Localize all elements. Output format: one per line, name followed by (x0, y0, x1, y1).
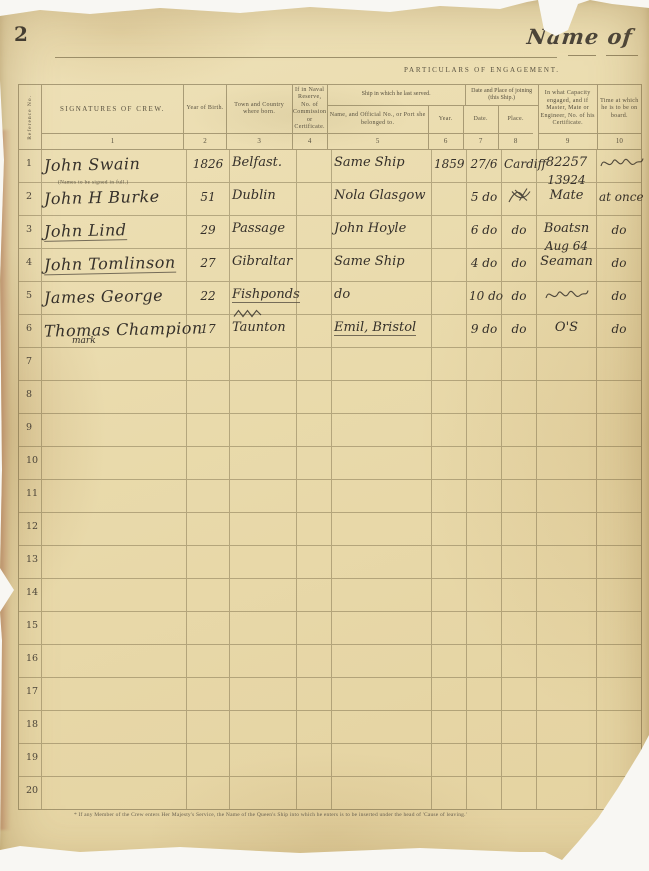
cell-town (229, 777, 296, 809)
cell-place (501, 447, 536, 479)
cell-town (229, 645, 296, 677)
cell-birth (186, 711, 229, 743)
cell-date: 5 do (466, 183, 501, 215)
cell-date (466, 381, 501, 413)
cell-cap (536, 645, 596, 677)
cell-date (466, 348, 501, 380)
cell-cap: Mate (536, 183, 596, 215)
cell-cap (536, 381, 596, 413)
cell-onboard: do (596, 315, 641, 347)
cell-town (229, 447, 296, 479)
cell-year (431, 546, 466, 578)
cell-town (229, 579, 296, 611)
cell-cap (536, 480, 596, 512)
column-number: 1 (42, 133, 184, 149)
cell-year: 1859 (431, 150, 466, 182)
cell-year (431, 381, 466, 413)
cell-onboard (596, 579, 641, 611)
handwritten-date: 6 do (471, 223, 497, 237)
column-number: 7 (464, 133, 498, 149)
cell-year (431, 315, 466, 347)
cell-cap: 8225713924 (536, 150, 596, 182)
cell-birth (186, 645, 229, 677)
handwritten-cap: Mate (550, 188, 584, 203)
cell-date (466, 777, 501, 809)
handwritten-ship: Same Ship (334, 155, 405, 170)
cell-no: 3 (19, 216, 41, 248)
table-header: Reference No. SIGNATURES OF CREW. 1 Year… (19, 85, 641, 150)
table-row: 9 (19, 414, 641, 447)
cell-town (229, 711, 296, 743)
ruled-dash (606, 55, 638, 56)
cell-town: Belfast. (229, 150, 296, 182)
place-column-header: Place. 8 (498, 106, 533, 149)
table-row: 10 (19, 447, 641, 480)
cell-place (501, 678, 536, 710)
cell-rnr (296, 249, 331, 281)
cell-rnr (296, 711, 331, 743)
cell-cap (536, 447, 596, 479)
cell-ship (331, 480, 431, 512)
cell-date (466, 546, 501, 578)
cell-name (41, 381, 186, 413)
cell-cap (536, 744, 596, 776)
cell-rnr (296, 645, 331, 677)
cell-birth (186, 612, 229, 644)
cell-place (501, 183, 536, 215)
cell-ship (331, 612, 431, 644)
cell-rnr (296, 513, 331, 545)
cell-year (431, 216, 466, 248)
cell-no: 13 (19, 546, 41, 578)
last-ship-group-label: Ship in which he last served. (328, 85, 465, 105)
cell-name (41, 513, 186, 545)
cell-no: 10 (19, 447, 41, 479)
cell-year (431, 447, 466, 479)
cell-rnr (296, 381, 331, 413)
cell-town (229, 414, 296, 446)
column-number: 9 (539, 133, 597, 149)
cell-name (41, 414, 186, 446)
cell-birth: 22 (186, 282, 229, 314)
year-label: Year. (429, 106, 463, 133)
cell-onboard (596, 414, 641, 446)
cell-name (41, 546, 186, 578)
handwritten-name: John Lind (44, 220, 127, 242)
cell-rnr (296, 777, 331, 809)
cell-town: Taunton (229, 315, 296, 347)
cell-ship (331, 414, 431, 446)
cell-onboard (596, 480, 641, 512)
cell-place (501, 711, 536, 743)
cell-ship (331, 777, 431, 809)
handwritten-cap: Seaman (540, 254, 593, 269)
cell-town: Gibraltar (229, 249, 296, 281)
cell-town (229, 348, 296, 380)
cell-town (229, 546, 296, 578)
ship-name-label: Name, and Official No., or Port she belo… (328, 106, 428, 133)
on-board-label: Time at which he is to be on board. (598, 85, 641, 133)
cell-no: 14 (19, 579, 41, 611)
page-title-script: Name of (526, 24, 634, 49)
signatures-label: SIGNATURES OF CREW. (42, 85, 184, 133)
cell-no: 16 (19, 645, 41, 677)
cell-ship (331, 546, 431, 578)
cell-year (431, 579, 466, 611)
cell-place (501, 414, 536, 446)
handwritten-birth: 1826 (193, 157, 224, 171)
cell-name: John Swain (41, 150, 186, 182)
cell-date (466, 744, 501, 776)
reference-column-header: Reference No. (19, 85, 41, 149)
adjacent-page-edge (0, 130, 11, 830)
handwritten-cap: O'S (555, 320, 578, 335)
handwritten-name: James George (44, 286, 164, 307)
ink-scribble (544, 286, 590, 304)
handwritten-name: John Swain (44, 154, 141, 175)
cell-place (501, 645, 536, 677)
cell-rnr (296, 546, 331, 578)
table-row: 1John Swain1826Belfast.Same Ship185927/6… (19, 150, 641, 183)
cell-date (466, 645, 501, 677)
handwritten-ship: Nola Glasgow (334, 188, 425, 203)
scanned-page: 2 Name of PARTICULARS OF ENGAGEMENT. Ref… (0, 0, 649, 871)
cell-town: Passage (229, 216, 296, 248)
cell-no: 12 (19, 513, 41, 545)
column-number: 10 (598, 133, 641, 149)
cell-rnr (296, 150, 331, 182)
cell-date: 6 do (466, 216, 501, 248)
ship-name-column-header: Name, and Official No., or Port she belo… (328, 106, 428, 149)
cell-year (431, 678, 466, 710)
cell-ship (331, 744, 431, 776)
reference-label: Reference No. (27, 95, 33, 140)
cell-name (41, 447, 186, 479)
handwritten-ship: Same Ship (334, 254, 405, 269)
cell-birth (186, 678, 229, 710)
cell-cap (536, 282, 596, 314)
handwritten-ship: John Hoyle (334, 221, 406, 236)
group-header-row: Ship in which he last served. Date and P… (328, 85, 538, 106)
cell-cap (536, 777, 596, 809)
table-row: 3John Lind29PassageJohn Hoyle6 dodoBoats… (19, 216, 641, 249)
cell-rnr (296, 480, 331, 512)
cell-onboard (596, 348, 641, 380)
cell-date (466, 513, 501, 545)
cell-date (466, 711, 501, 743)
cell-rnr (296, 579, 331, 611)
handwritten-town: Dublin (232, 188, 276, 203)
cell-cap (536, 579, 596, 611)
cell-ship: Emil, Bristol (331, 315, 431, 347)
handwritten-place: do (512, 322, 527, 336)
cell-year (431, 480, 466, 512)
cell-town (229, 678, 296, 710)
cell-cap: Seaman (536, 249, 596, 281)
cell-town (229, 381, 296, 413)
table-row: 7 (19, 348, 641, 381)
cell-no: 6 (19, 315, 41, 347)
cell-place (501, 744, 536, 776)
cell-name (41, 678, 186, 710)
handwritten-town: Taunton (232, 320, 286, 335)
cell-year (431, 249, 466, 281)
handwritten-town: Passage (232, 221, 285, 236)
table-row: 14 (19, 579, 641, 612)
cell-date (466, 612, 501, 644)
column-number: 3 (227, 133, 292, 149)
cell-ship (331, 513, 431, 545)
cell-name (41, 612, 186, 644)
handwritten-name: Thomas Champion (44, 318, 203, 340)
birthplace-label: Town and Country where born. (227, 85, 292, 133)
cell-year (431, 744, 466, 776)
cell-place (501, 381, 536, 413)
table-row: 12 (19, 513, 641, 546)
cell-date (466, 447, 501, 479)
cell-birth (186, 381, 229, 413)
cell-ship: Same Ship (331, 150, 431, 182)
handwritten-place: do (512, 289, 527, 303)
ruled-line (55, 57, 557, 58)
cell-onboard (596, 645, 641, 677)
cell-name: Thomas Championmark (41, 315, 186, 347)
cell-town (229, 744, 296, 776)
cell-birth (186, 579, 229, 611)
cell-name (41, 711, 186, 743)
sub-header-row: Name, and Official No., or Port she belo… (328, 106, 538, 149)
cell-onboard (596, 612, 641, 644)
cell-cap: BoatsnAug 64 (536, 216, 596, 248)
cell-no: 7 (19, 348, 41, 380)
cell-birth (186, 414, 229, 446)
signatures-column-header: SIGNATURES OF CREW. 1 (41, 85, 184, 149)
cell-town (229, 513, 296, 545)
on-board-column-header: Time at which he is to be on board. 10 (597, 85, 641, 149)
cell-name (41, 645, 186, 677)
cell-birth (186, 744, 229, 776)
cell-date: 4 do (466, 249, 501, 281)
handwritten-date: 5 do (471, 190, 497, 204)
handwritten-ship: Emil, Bristol (334, 320, 416, 336)
crew-table: Reference No. SIGNATURES OF CREW. 1 Year… (18, 84, 642, 810)
cell-cap (536, 414, 596, 446)
handwritten-birth: 17 (200, 322, 215, 336)
cell-ship (331, 381, 431, 413)
table-rows: 1John Swain1826Belfast.Same Ship185927/6… (19, 150, 641, 809)
handwritten-cap: Boatsn (544, 221, 589, 236)
cell-ship: John Hoyle (331, 216, 431, 248)
naval-reserve-column-header: If in Naval Reserve, No. of Commission o… (292, 85, 327, 149)
cell-place (501, 546, 536, 578)
year-column-header: Year. 6 (428, 106, 463, 149)
cell-birth (186, 777, 229, 809)
handwritten-birth: 27 (200, 256, 215, 270)
handwritten-date: 9 do (471, 322, 497, 336)
cell-no: 17 (19, 678, 41, 710)
handwritten-onboard: do (612, 256, 627, 270)
cell-rnr (296, 315, 331, 347)
handwritten-onboard: do (612, 289, 627, 303)
cell-ship (331, 645, 431, 677)
birthplace-column-header: Town and Country where born. 3 (226, 85, 292, 149)
cell-ship: Nola Glasgow (331, 183, 431, 215)
cell-rnr (296, 612, 331, 644)
cell-onboard (596, 678, 641, 710)
footnote: * If any Member of the Crew enters Her M… (74, 812, 467, 818)
cell-no: 19 (19, 744, 41, 776)
cell-no: 4 (19, 249, 41, 281)
handwritten-birth: 29 (200, 223, 215, 237)
cell-birth (186, 513, 229, 545)
cell-name: James George (41, 282, 186, 314)
table-row: 17 (19, 678, 641, 711)
cell-place (501, 612, 536, 644)
cell-ship: Same Ship (331, 249, 431, 281)
cell-cap (536, 348, 596, 380)
cell-date (466, 480, 501, 512)
cell-cap (536, 546, 596, 578)
cell-birth (186, 480, 229, 512)
date-column-header: Date. 7 (463, 106, 498, 149)
column-number: 2 (184, 133, 225, 149)
cell-year (431, 282, 466, 314)
cell-rnr (296, 216, 331, 248)
column-number: 6 (429, 133, 463, 149)
cell-ship (331, 348, 431, 380)
signatures-note: (Names to be signed in full.) (58, 180, 129, 185)
cell-onboard (596, 711, 641, 743)
cell-town: Dublin (229, 183, 296, 215)
cell-place: Cardiff (501, 150, 536, 182)
handwritten-name: John Tomlinson (44, 253, 176, 276)
date-label: Date. (464, 106, 498, 133)
handwritten-onboard: do (612, 223, 627, 237)
cell-place: do (501, 249, 536, 281)
cell-place (501, 513, 536, 545)
cell-rnr (296, 414, 331, 446)
cell-birth: 17 (186, 315, 229, 347)
cell-date: 27/6 (466, 150, 501, 182)
cell-date: 9 do (466, 315, 501, 347)
cell-no: 8 (19, 381, 41, 413)
cell-birth: 51 (186, 183, 229, 215)
cell-birth (186, 447, 229, 479)
cell-year (431, 645, 466, 677)
cell-name: John Tomlinson (41, 249, 186, 281)
cell-onboard (596, 381, 641, 413)
table-row: 15 (19, 612, 641, 645)
cell-onboard (596, 513, 641, 545)
handwritten-town: Gibraltar (232, 254, 292, 269)
cell-ship (331, 447, 431, 479)
cell-place (501, 777, 536, 809)
handwritten-date: 27/6 (471, 157, 498, 171)
cell-ship (331, 579, 431, 611)
cell-onboard: at once (596, 183, 641, 215)
handwritten-town: Fishponds (232, 287, 300, 303)
cell-year (431, 183, 466, 215)
table-row: 16 (19, 645, 641, 678)
cell-rnr (296, 447, 331, 479)
cell-name (41, 348, 186, 380)
cell-no: 2 (19, 183, 41, 215)
cell-onboard (596, 744, 641, 776)
cell-rnr (296, 678, 331, 710)
table-row: 6Thomas Championmark17TauntonEmil, Brist… (19, 315, 641, 348)
cell-no: 15 (19, 612, 41, 644)
cell-name (41, 744, 186, 776)
cell-place (501, 348, 536, 380)
cell-place (501, 579, 536, 611)
section-title: PARTICULARS OF ENGAGEMENT. (404, 66, 560, 74)
table-row: 13 (19, 546, 641, 579)
table-row: 19 (19, 744, 641, 777)
capacity-label: In what Capacity engaged, and if Master,… (539, 85, 597, 133)
handwritten-ship: do (334, 287, 350, 302)
cell-onboard (596, 447, 641, 479)
cell-onboard: do (596, 216, 641, 248)
ship-joining-group-header: Ship in which he last served. Date and P… (327, 85, 538, 149)
cell-year (431, 612, 466, 644)
cell-rnr (296, 282, 331, 314)
handwritten-place: do (512, 223, 527, 237)
handwritten-birth: 22 (200, 289, 215, 303)
cell-cap (536, 678, 596, 710)
cell-onboard: do (596, 249, 641, 281)
naval-reserve-label: If in Naval Reserve, No. of Commission o… (293, 85, 327, 133)
paper-sheet: 2 Name of PARTICULARS OF ENGAGEMENT. Ref… (0, 0, 649, 871)
handwritten-cap: 82257 (546, 155, 587, 170)
year-of-birth-column-header: Year of Birth. 2 (183, 85, 225, 149)
cell-town: Fishponds (229, 282, 296, 314)
cell-rnr (296, 744, 331, 776)
cell-cap (536, 612, 596, 644)
table-row: 18 (19, 711, 641, 744)
table-row: 8 (19, 381, 641, 414)
cell-year (431, 348, 466, 380)
cell-onboard: do (596, 282, 641, 314)
cell-place: do (501, 315, 536, 347)
cell-birth (186, 348, 229, 380)
handwritten-onboard: at once (599, 190, 644, 204)
handwritten-year: 1859 (434, 157, 465, 171)
cell-no: 20 (19, 777, 41, 809)
capacity-column-header: In what Capacity engaged, and if Master,… (538, 85, 597, 149)
cell-ship (331, 678, 431, 710)
table-row: 5James George22Fishpondsdo10 dododo (19, 282, 641, 315)
cell-date: 10 do (466, 282, 501, 314)
table-row: 4John Tomlinson27GibraltarSame Ship4 dod… (19, 249, 641, 282)
cell-no: 5 (19, 282, 41, 314)
cell-year (431, 513, 466, 545)
cell-ship (331, 711, 431, 743)
cell-rnr (296, 348, 331, 380)
cell-onboard (596, 150, 641, 182)
handwritten-date: 4 do (471, 256, 497, 270)
handwritten-name: John H Burke (44, 187, 160, 208)
cell-year (431, 711, 466, 743)
handwritten-onboard: do (612, 322, 627, 336)
ruled-dash (568, 55, 596, 56)
cell-town (229, 612, 296, 644)
cell-no: 11 (19, 480, 41, 512)
year-of-birth-label: Year of Birth. (184, 85, 225, 133)
cell-date (466, 414, 501, 446)
column-number: 5 (328, 133, 428, 149)
handwritten-date: 10 do (469, 289, 503, 303)
table-row: 20 (19, 777, 641, 809)
